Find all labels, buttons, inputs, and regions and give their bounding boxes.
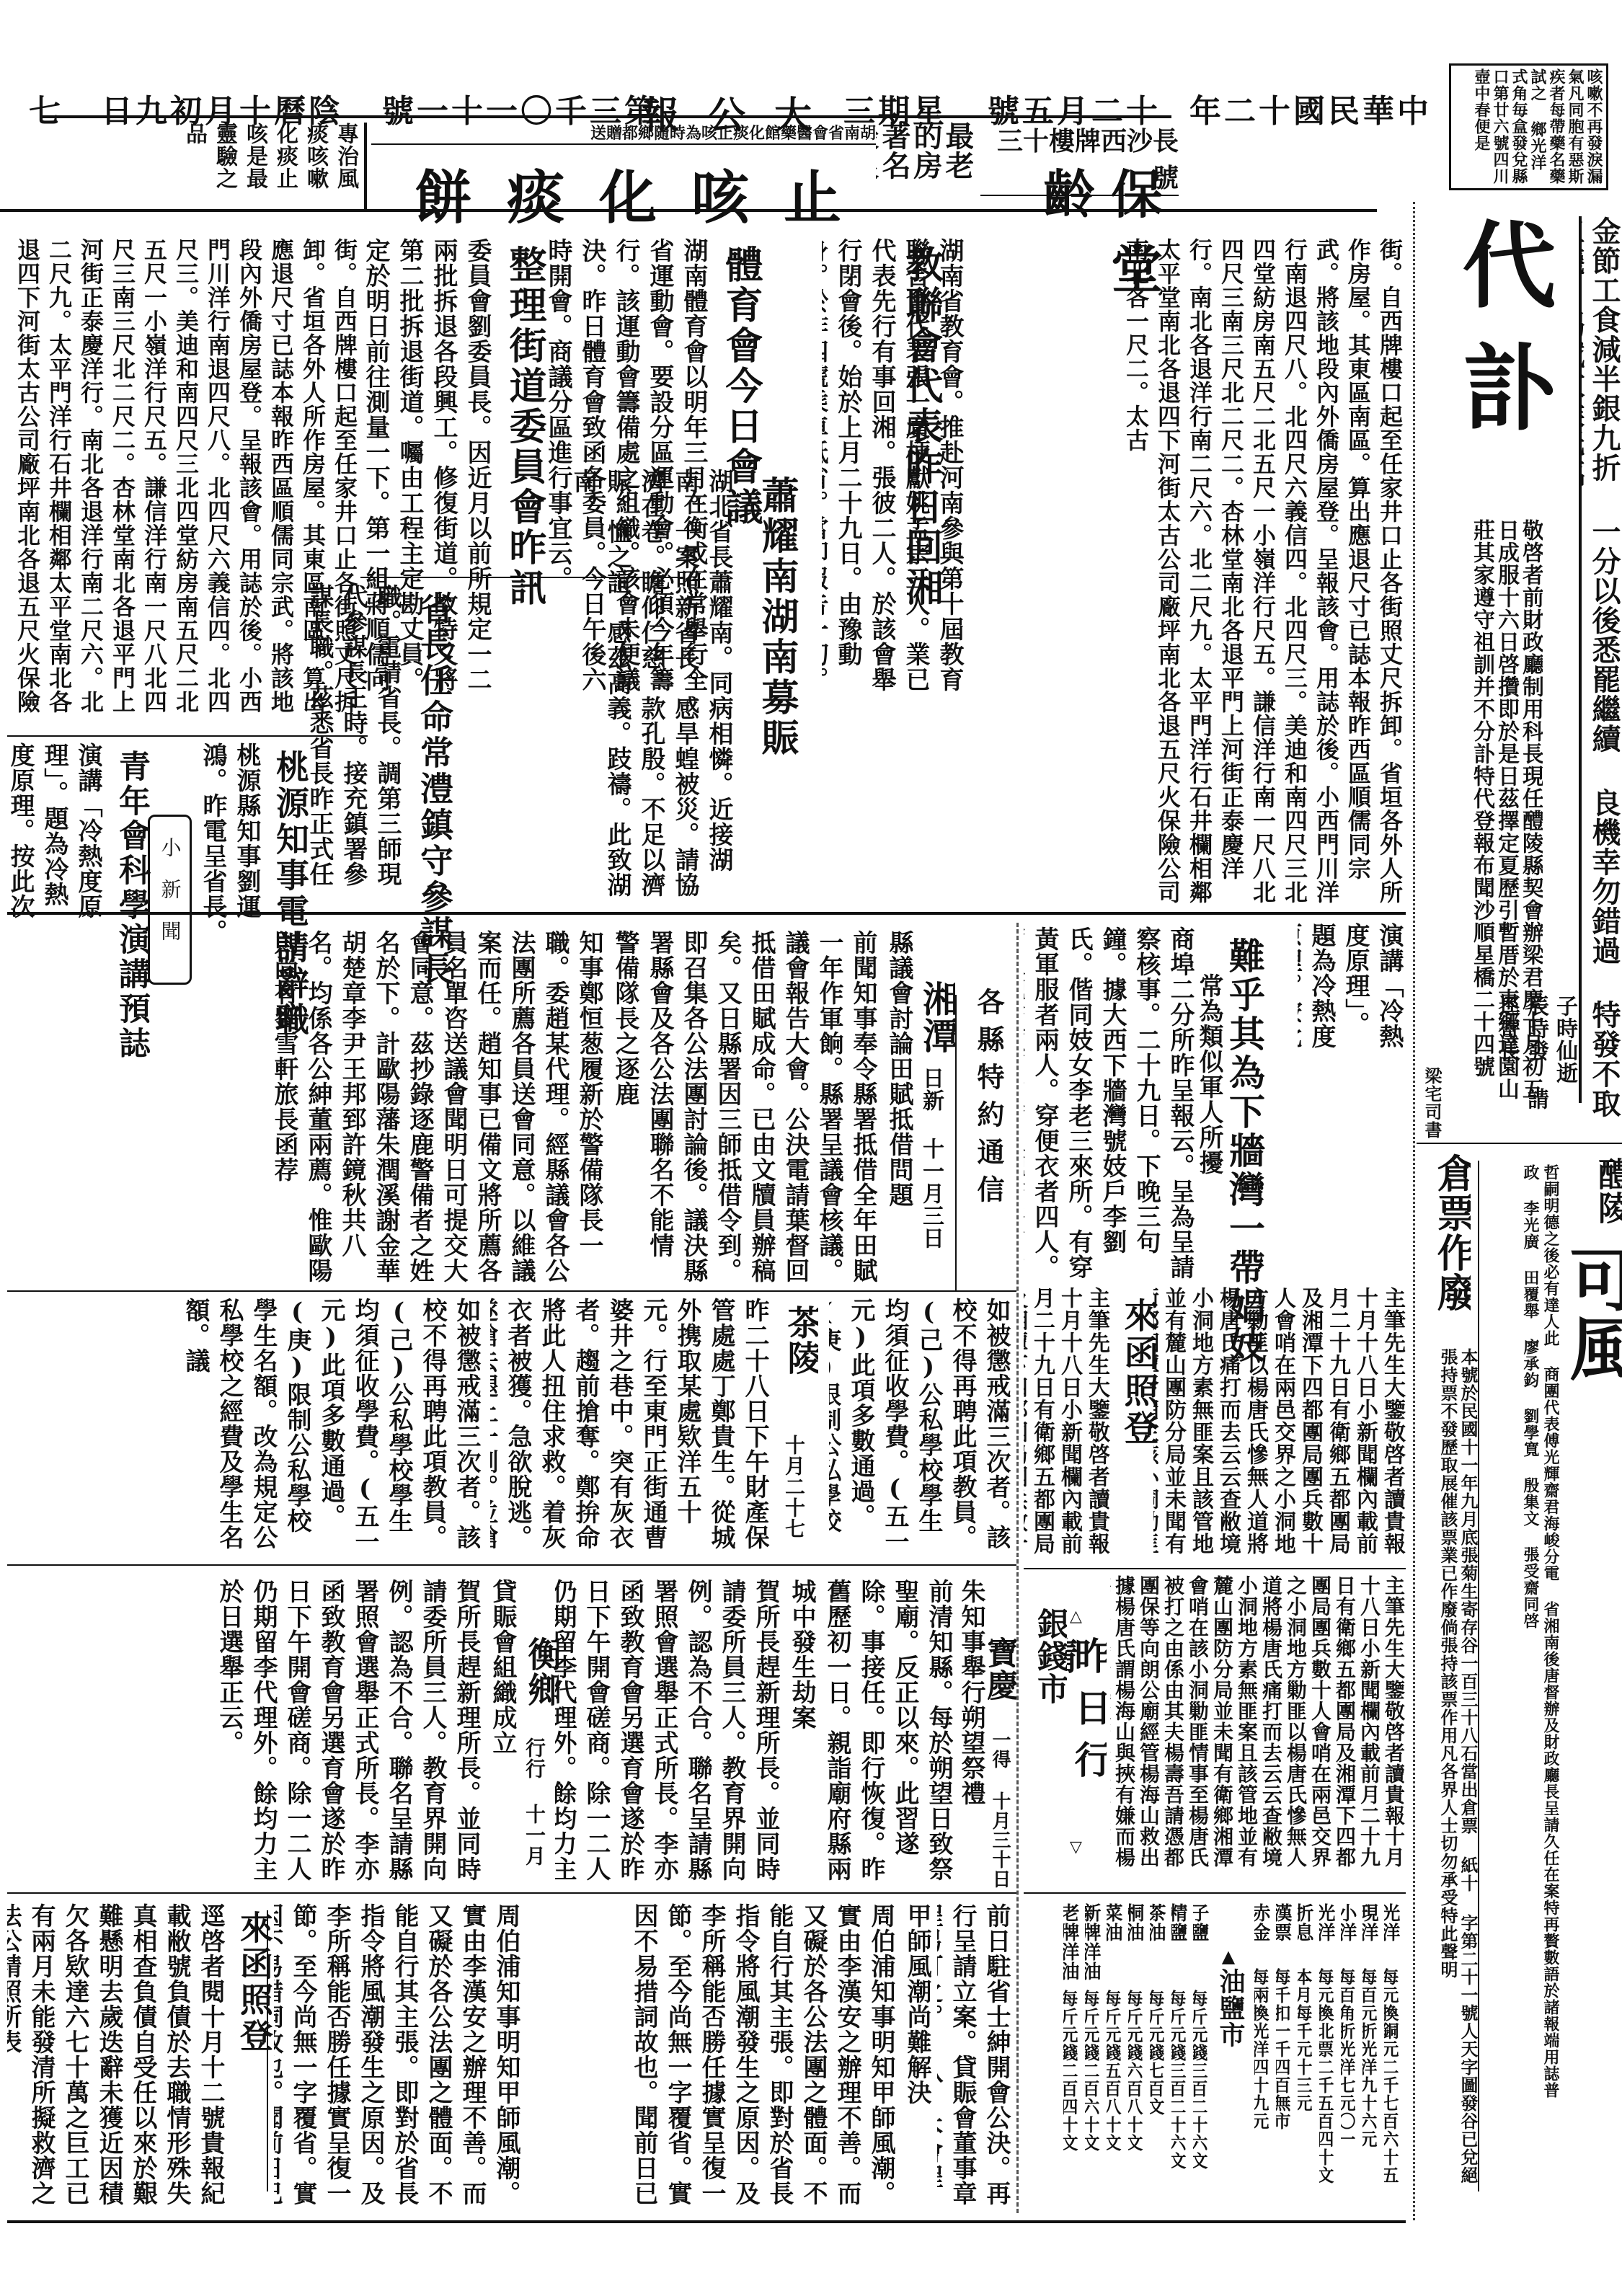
article-body: 主筆先生大鑒敬啓者讀貴報十月十八日小新聞欄內載前月二十九日有衛鄉五都團局及湘潭下… xyxy=(1024,1287,1110,1561)
county-item-body: 賀所長趕新理所長。並同時請委所員三人。教育界開向例。認為不合。聯名呈請縣署照會選… xyxy=(555,1579,782,1881)
masthead: 七 陰曆十月初九日 第三千〇一十一號 大公報 星期三 十二月五號 中華民國十二年 xyxy=(22,65,1600,108)
market-price: 每斤元錢七百文 xyxy=(1150,1990,1171,2206)
continuation-text: 街。自西牌樓口起至任家井口止各街照丈尺拆卸。省垣各外人所作房屋。其東區南區。算出… xyxy=(980,238,1406,908)
article-body: 商埠二分所昨呈報云。呈為呈請察核事。二十九日。下晚三句鐘。據大西下牆灣號妓戶李劉… xyxy=(1024,926,1197,1287)
county-item-body: 周伯浦知事明知甲師風潮。實由李漢安之辦理不善。而又礙於各公法團之體面。不能自行其… xyxy=(634,1903,898,2206)
market-item: 子鹽 xyxy=(1193,1903,1215,1968)
county-item-title: 朱知事舉行朔望祭禮 xyxy=(959,1579,988,1881)
article-headline: 教聯會代表昨日回湘 xyxy=(894,245,948,608)
left-ad-tagline: 專治風痰咳嗽化痰止咳是最靈驗之品 xyxy=(22,123,360,202)
chaling-dateline: 十月二十七 xyxy=(779,1435,811,1579)
warehouse-body: 本號於民國十一年九月底張菊生寄存谷一百三十八石當出倉票 紙十 字第二十一號人天字… xyxy=(1420,1348,1478,2199)
xiangtan-dateline: 日新 十一月三日 xyxy=(916,1067,948,1254)
xiangtan-place: 湘潭 xyxy=(916,980,955,1074)
cough-cake-ad: 胡南省會醫藥館化痰止咳為時隨鄉都贈送 止咳化痰餅 xyxy=(371,121,876,208)
article-body: 主筆先生大鑒敬啓者讀貴報十月十八日小新聞欄內載前月二十九日有衛鄉五都團局及湘潭下… xyxy=(1153,1287,1406,1561)
county-item-body: 前清知縣。每於朔望日致祭聖廟。反正以來。此習遂除。事接任。即行恢復。昨舊歷初一日… xyxy=(822,1579,955,1881)
market-item: 光洋 xyxy=(1319,1903,1341,1961)
obituary-title: 代訃 xyxy=(1435,216,1569,461)
hengxiang-place: 衡鄉 xyxy=(519,1636,559,1737)
article-body: 職。電請省長。調第三師現代參謀長王時。接充鎮署參謀長職。茲悉省長昨正式任命王時為… xyxy=(310,584,404,901)
market-price: 每斤元錢三百二十六文 xyxy=(1171,1990,1193,2206)
article-headline: 省長任命常澧鎮守參謀長 xyxy=(411,591,458,988)
market-item: 菜油 xyxy=(1107,1903,1128,1968)
market-item: 漢票 xyxy=(1276,1903,1298,1961)
silver-market-title: 銀錢市 xyxy=(1038,1608,1067,1752)
article-body: 演講「冷熱度原理」。題為冷熱度原理。按此次演講。聘請美國科學家擔任講席。十年來湘… xyxy=(1298,923,1406,1060)
county-item-title: 甲師風潮尚難解決 xyxy=(901,1903,934,2206)
street-survey-body: 街。自西牌樓口起至任家井口止各街照丈尺拆卸。省垣各外人所作房屋。其東區南區。算出… xyxy=(14,238,360,728)
market-item: 光洋 xyxy=(1384,1903,1406,1961)
market-price: 每千扣一千四百無市 xyxy=(1276,1968,1298,2206)
news-correction-body: 主筆先生大鑒敬啓者讀貴報十月十八日小新聞欄內載前月二十九日有衛鄉五都團局及湘潭下… xyxy=(1110,1575,1406,1878)
county-item-title: 縣議會討論田賦抵借問題 xyxy=(883,930,916,1240)
silver-market-table: 光洋 每元換銅元二千七百六十五 現洋 每百元折光洋九十六元 小洋 每百角折光洋七… xyxy=(1247,1903,1406,2206)
baoling-ad: 最老的房著名最良藥 長沙西牌樓十三號 保齡堂 xyxy=(876,121,1179,208)
county-item-body: 昨二十八日下午財產保管處處丁鄭貴生。從城外携取某處欵洋五十元。行至東門正街通曹婆… xyxy=(490,1298,771,1557)
market-price: 每斤元錢二百四十文 xyxy=(1063,1990,1085,2206)
article-body: 湖北省長蕭耀南。同病相憐。近接湖南。一案照新省長。感旱蝗被災。請協濟在卷。瞻仰仁… xyxy=(548,469,735,901)
baoqing-dateline: 一得 十月三十日 xyxy=(988,1730,1016,1889)
oil-salt-market-title: ▲ 油鹽市 xyxy=(1218,1946,1247,2076)
market-price: 每斤元錢六百八十文 xyxy=(1128,1990,1150,2206)
market-section-title: △ 昨日行情 ▽ xyxy=(1067,1608,1110,1860)
market-item: 小洋 xyxy=(1341,1903,1362,1961)
county-item-body: 前聞知事奉令縣署抵借全年田賦一年作軍餉。縣署呈議會核議。議會報告大會。公決電請葉… xyxy=(642,930,879,1290)
market-item: 折息 xyxy=(1298,1903,1319,1961)
market-price: 每元換北票二千五百四十文 xyxy=(1319,1968,1341,2206)
market-price: 每斤元錢三百二十六文 xyxy=(1193,1990,1215,2206)
market-price: 每百元折光洋九十六元 xyxy=(1362,1968,1384,2206)
chaling-place: 茶陵 xyxy=(779,1305,818,1420)
tax-body: 哲嗣明德之後必有達人此 商團代表傅光輝齋君海峻分電 省湘南後唐督辦及財政廳長呈請… xyxy=(1478,1164,1561,2101)
market-item: 茶油 xyxy=(1150,1903,1171,1968)
hengxiang-dateline: 行行 十一月二 xyxy=(523,1737,551,1881)
market-price: 每元換銅元二千七百六十五 xyxy=(1384,1968,1406,2206)
county-news-title: 各縣特約通信 xyxy=(973,988,1006,1276)
tax-bureau-notice: 醴陵 釐金征收局劉局長整理釐政之可風 哲嗣明德之後必有達人此 商團代表傅光輝齋君… xyxy=(1478,1150,1622,2195)
county-item-body: 前日駐省士紳開會公決。再行呈請立案。貸賑會董事章程另訂之。(八)本會程呈請公署核… xyxy=(937,1903,1013,2206)
market-price: 每斤元錢二百六十文 xyxy=(1085,1990,1107,2206)
market-price: 本月每千元十三元 xyxy=(1298,1968,1319,2206)
obituary-signatory: 梁宅司書唐繼羅先閔代啓 xyxy=(1420,1067,1449,1153)
article-headline: 整理街道委員會昨訊 xyxy=(497,245,551,608)
right-ad-box: 咳嗽不再發淚漏氣凡同胞有惡斯疾者每帶藥名藥試之 鄉光洋式角毎盒發兌縣口第廿六號四… xyxy=(1449,63,1608,190)
article-body: 逕啓者閱十月十二號貴報紀載敝號負債於去職情形殊失真相查負債自受任以來於艱難懸明去… xyxy=(7,1903,227,2206)
oil-salt-market-table: 子鹽 每斤元錢三百二十六文 精鹽 每斤元錢三百二十六文 茶油 每斤元錢七百文 桐… xyxy=(1045,1903,1218,2206)
cough-cake-banner: 止咳化痰餅 xyxy=(415,151,876,234)
article-subheadline: 常為類似軍人所擾 xyxy=(1197,973,1226,1211)
county-item-body: 賀所長趕新理所長。並同時請委所員三人。教育界開向例。認為不合。聯名呈請縣署照會選… xyxy=(7,1579,483,1881)
article-headline: 來函照登 xyxy=(231,1910,278,2055)
county-item-body: 如被懲戒滿三次者。該校不得再聘此項教員。(己)公私學校學生均須征收學費。(五一元… xyxy=(7,1298,483,1557)
tax-place: 醴陵 xyxy=(1586,1157,1622,1244)
county-item-title: 貸賑會組織成立 xyxy=(490,1579,519,1881)
market-item: 現洋 xyxy=(1362,1903,1384,1961)
baoling-slogan: 最老的房著名最良藥 xyxy=(876,121,973,208)
market-item: 精鹽 xyxy=(1171,1903,1193,1968)
county-item-title: 警備隊長之逐鹿 xyxy=(609,930,642,1240)
cough-cake-subtitle: 胡南省會醫藥館化痰止咳為時隨鄉都贈送 xyxy=(371,121,876,145)
market-item: 老牌洋油 xyxy=(1063,1903,1085,1982)
county-news-section: 各縣特約通信 xyxy=(959,988,1016,1276)
market-price: 每百角折光洋七元〇一 xyxy=(1341,1968,1362,2206)
year: 中華民國十二年 xyxy=(1189,85,1432,131)
obituary-side-notice: 金節工食減半銀九折 一分以後悉罷繼續 良機幸勿錯過 特發不取工錢 竭誠敬候光臨 xyxy=(1579,216,1622,1139)
county-item-title: 城中發生劫案 xyxy=(786,1579,818,1867)
warehouse-title: 倉票作廢 xyxy=(1427,1153,1471,1341)
warehouse-voucher-notice: 倉票作廢 本號於民國十一年九月底張菊生寄存谷一百三十八石當出倉票 紙十 字第二十… xyxy=(1420,1153,1478,2199)
article-body: 演講「冷熱度原理」。題為冷熱度原理。按此次演講。聘請美國科學家擔任講席。十年來湘… xyxy=(7,743,105,930)
county-item-body: 知事鄭恒葱履新於警備隊長一職。委趙某代理。經縣議會各公法團所薦各員送會同意。以維… xyxy=(7,930,606,1290)
market-item: 桐油 xyxy=(1128,1903,1150,1968)
market-price: 每兩換光洋四十九元 xyxy=(1254,1968,1276,2206)
market-item: 赤金 xyxy=(1254,1903,1276,1961)
obituary-times: 子時仙逝 辰時發 請逕寄長 xyxy=(1485,995,1579,1125)
market-item: 新牌洋油 xyxy=(1085,1903,1107,1982)
article-headline: 蕭耀南湖南募賑 xyxy=(750,476,804,758)
county-item-body: 周伯浦知事明知甲師風潮。實由李漢安之辦理不善。而又礙於各公法團之體面。不能自行其… xyxy=(274,1903,523,2206)
article-body: 桃源縣知事劉運鴻。昨電呈省長。以軍費指撥頻繁。應付之術。懇准予辭職。遴員接署。不… xyxy=(195,743,263,959)
county-item-body: 如被懲戒滿三次者。該校不得再聘此項教員。(己)公私學校學生均須征收學費。(五一元… xyxy=(829,1298,1013,1557)
market-price: 每斤元錢五百八十文 xyxy=(1107,1990,1128,2206)
tax-headline: 釐金征收局劉局長整理釐政之可風 xyxy=(1564,1244,1622,2195)
